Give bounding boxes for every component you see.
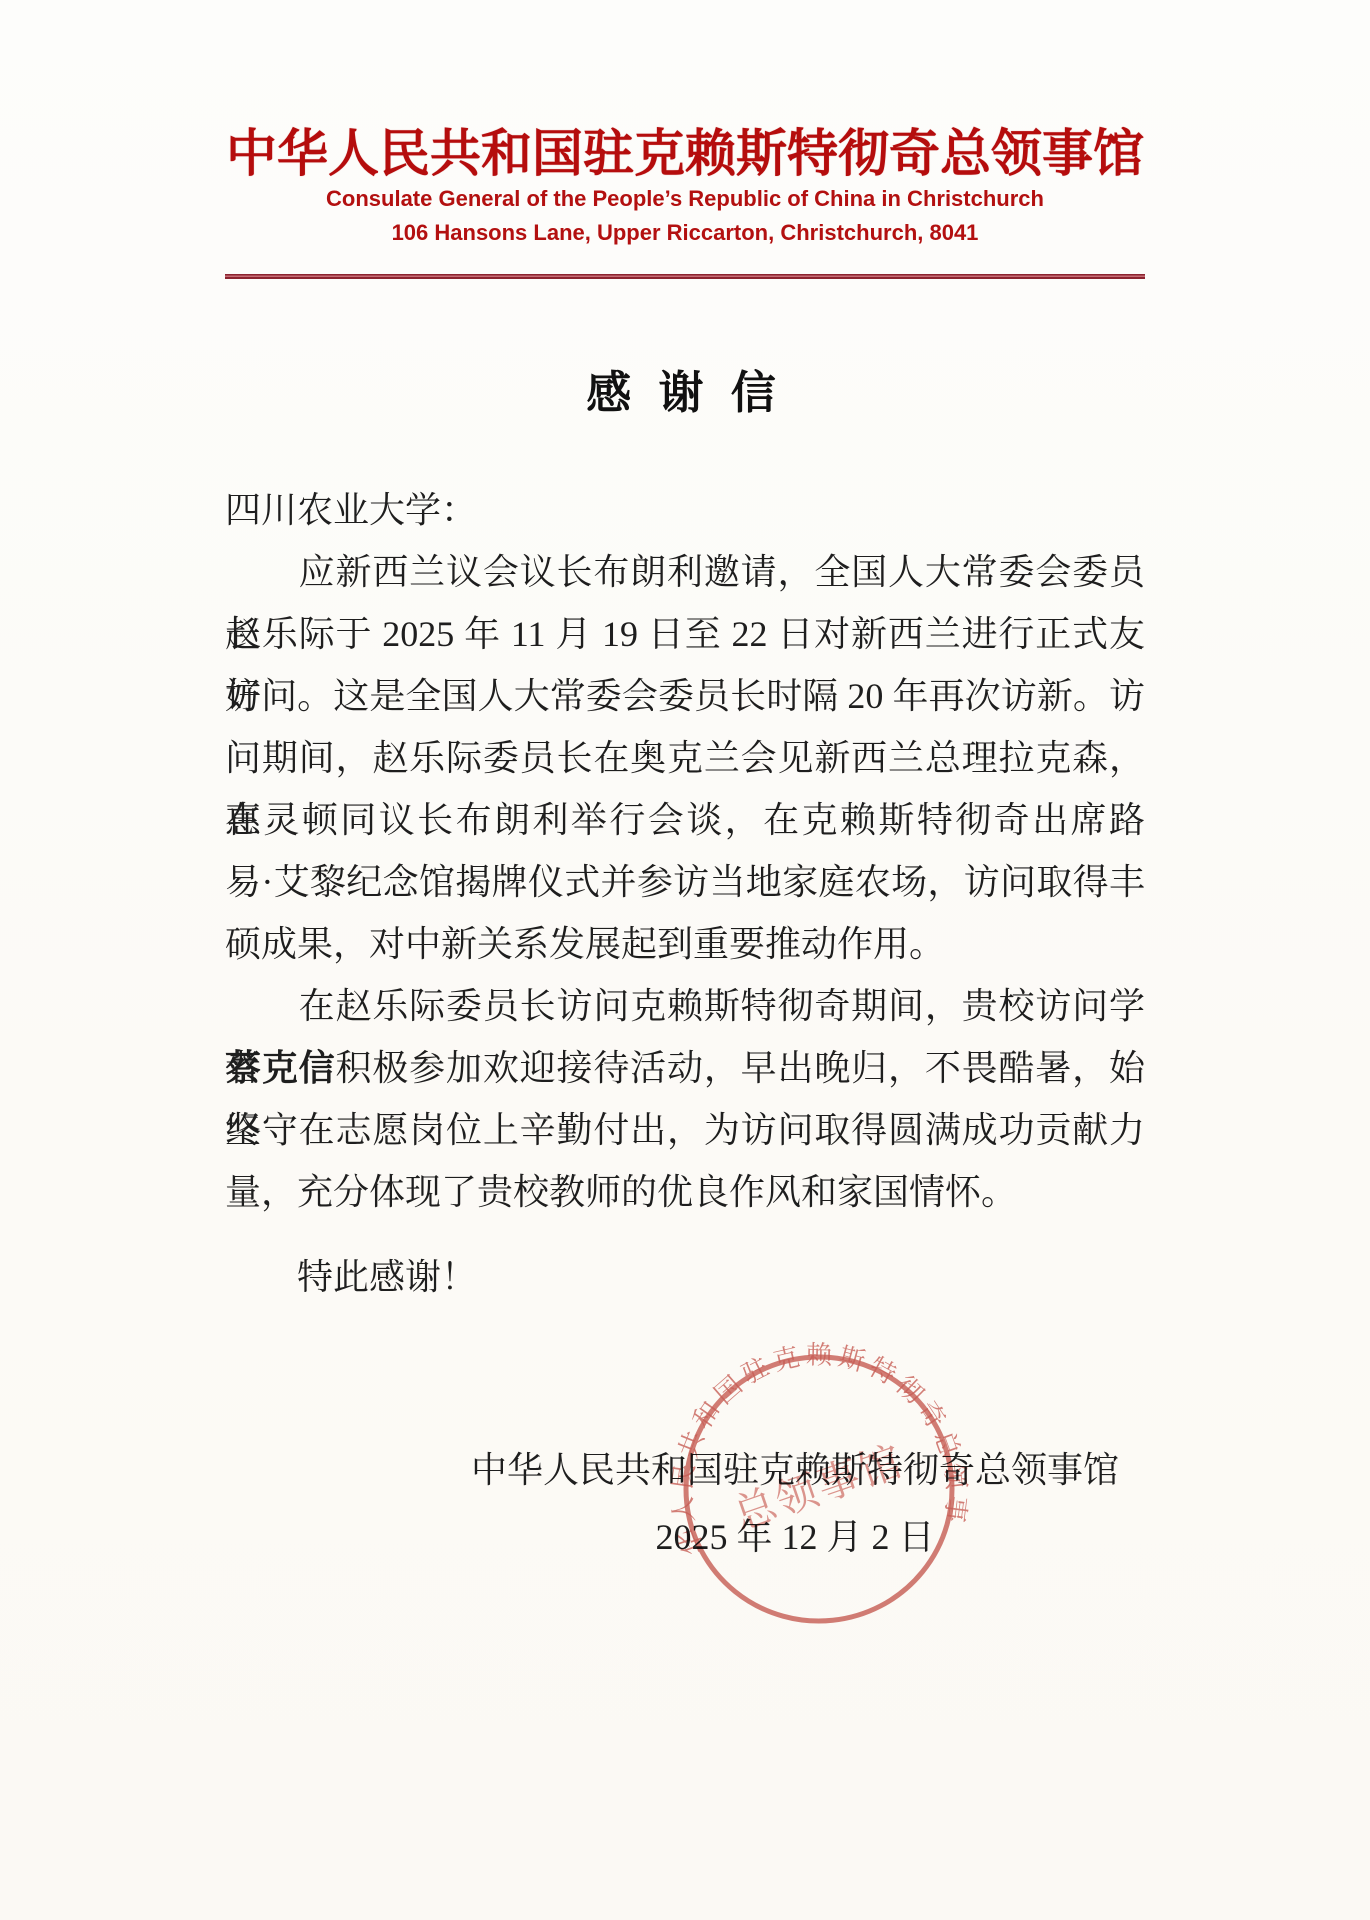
paragraphs: 应新西兰议会议长布朗利邀请，全国人大常委会委员长赵乐际于 2025 年 11 月… (225, 541, 1145, 1223)
signature-organization: 中华人民共和国驻克赖斯特彻奇总领事馆 (110, 1448, 1370, 1492)
body-line: 应新西兰议会议长布朗利邀请，全国人大常委会委员长 (225, 541, 1145, 603)
body-text-segment: 硕成果，对中新关系发展起到重要推动作用。 (225, 924, 945, 964)
body-text-segment: 惠灵顿同议长布朗利举行会谈，在克赖斯特彻奇出席路 (225, 800, 1145, 840)
body-line: 惠灵顿同议长布朗利举行会谈，在克赖斯特彻奇出席路 (225, 789, 1145, 851)
body-text-segment: 易·艾黎纪念馆揭牌仪式并参访当地家庭农场，访问取得丰 (225, 862, 1145, 902)
consulate-address-en: 106 Hansons Lane, Upper Riccarton, Chris… (0, 220, 1370, 246)
body-line: 问期间，赵乐际委员长在奥克兰会见新西兰总理拉克森，在 (225, 727, 1145, 789)
body-text-segment: 访问。这是全国人大常委会委员长时隔 20 年再次访新。访 (225, 676, 1145, 716)
consulate-name-cn: 中华人民共和国驻克赖斯特彻奇总领事馆 (0, 112, 1370, 186)
signature-date: 2025 年 12 月 2 日 (110, 1515, 1370, 1559)
highlighted-person-name: 蔡克信 (225, 1047, 336, 1088)
body-line: 硕成果，对中新关系发展起到重要推动作用。 (225, 913, 1145, 975)
letter-body: 四川农业大学： 应新西兰议会议长布朗利邀请，全国人大常委会委员长赵乐际于 202… (225, 479, 1145, 1308)
closing-thanks: 特此感谢！ (225, 1246, 1145, 1308)
body-line: 访问。这是全国人大常委会委员长时隔 20 年再次访新。访 (225, 665, 1145, 727)
salutation: 四川农业大学： (225, 479, 1145, 541)
letter-title: 感 谢 信 (0, 356, 1370, 421)
letter-page: 中华人民共和国驻克赖斯特彻奇总领事馆 Consulate General of … (0, 0, 1370, 1920)
body-line: 蔡克信积极参加欢迎接待活动，早出晚归，不畏酷暑，始终 (225, 1037, 1145, 1099)
body-text-segment: 量，充分体现了贵校教师的优良作风和家国情怀。 (225, 1172, 1017, 1212)
consulate-name-en: Consulate General of the People’s Republ… (0, 186, 1370, 212)
letterhead-divider-rule (225, 274, 1145, 279)
body-line: 在赵乐际委员长访问克赖斯特彻奇期间，贵校访问学者 (225, 975, 1145, 1037)
body-line: 易·艾黎纪念馆揭牌仪式并参访当地家庭农场，访问取得丰 (225, 851, 1145, 913)
body-line: 坚守在志愿岗位上辛勤付出，为访问取得圆满成功贡献力 (225, 1099, 1145, 1161)
body-text-segment: 坚守在志愿岗位上辛勤付出，为访问取得圆满成功贡献力 (225, 1110, 1145, 1150)
body-line: 赵乐际于 2025 年 11 月 19 日至 22 日对新西兰进行正式友好 (225, 603, 1145, 665)
body-line: 量，充分体现了贵校教师的优良作风和家国情怀。 (225, 1161, 1145, 1223)
